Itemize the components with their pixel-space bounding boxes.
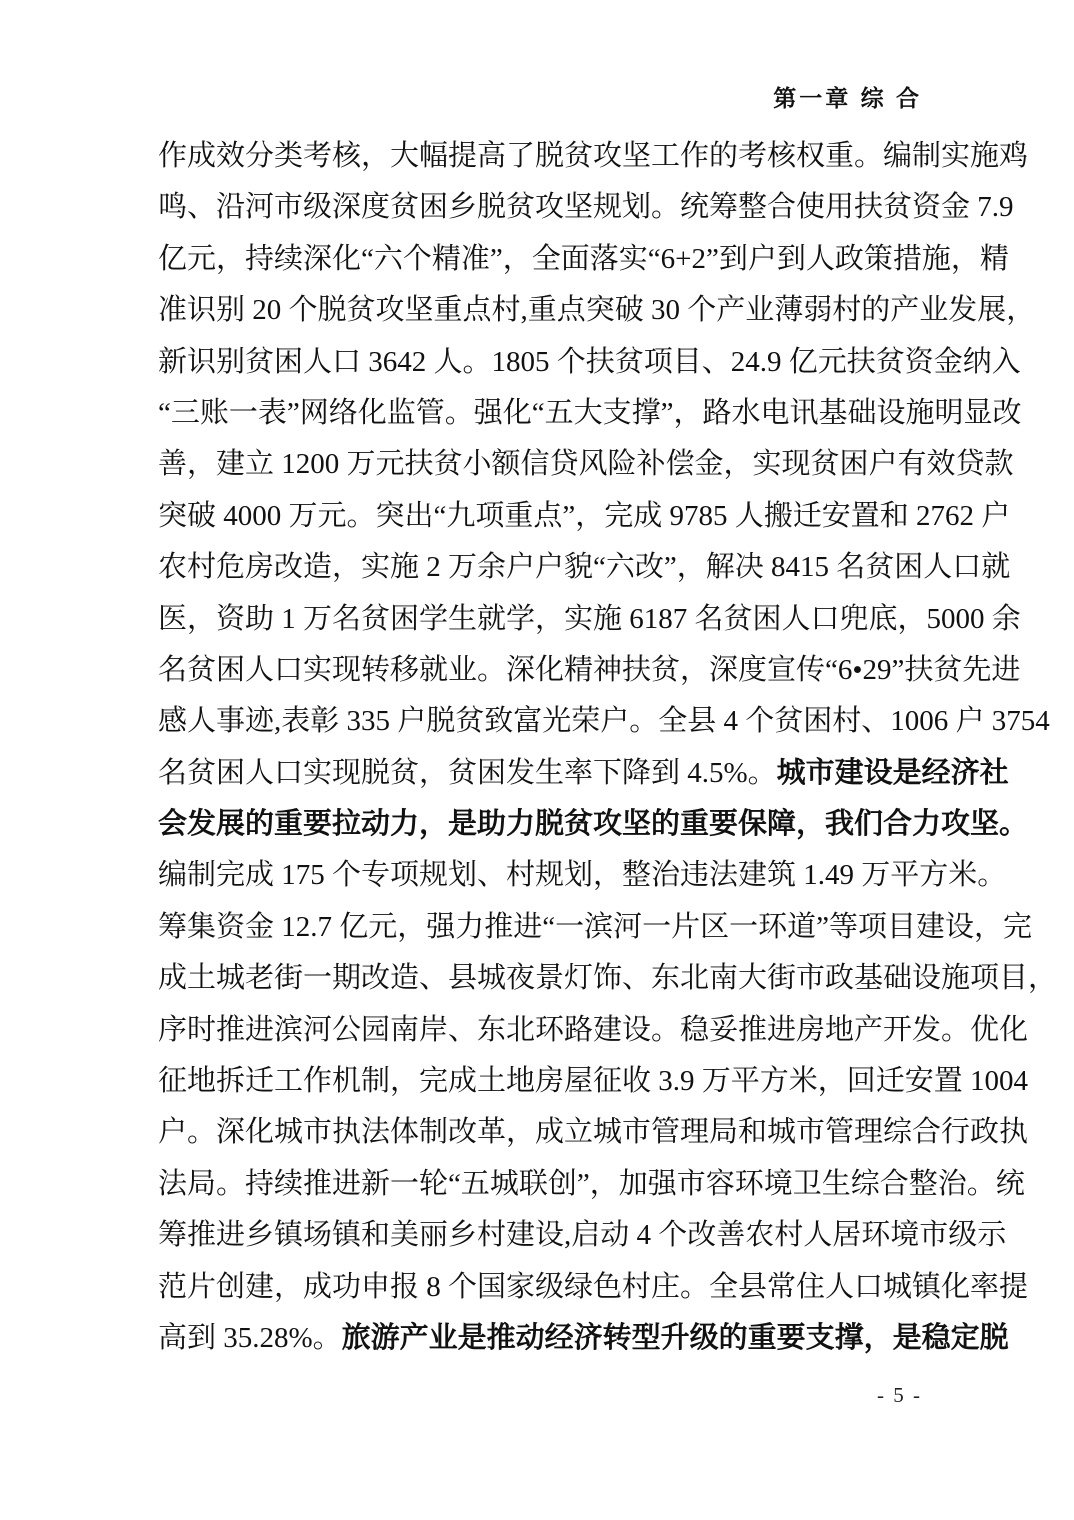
body-segment: 名贫困人口实现脱贫，贫困发生率下降到 4.5%。	[158, 757, 777, 789]
body-segment-bold: 会发展的重要拉动力，是助力脱贫攻坚的重要保障，我们合力攻坚。	[158, 808, 1028, 840]
body-line: 名贫困人口实现转移就业。深化精神扶贫，深度宣传“6•29”扶贫先进	[158, 645, 922, 696]
body-line: 突破 4000 万元。突出“九项重点”，完成 9785 人搬迁安置和 2762 …	[158, 491, 922, 542]
body-segment-bold: 旅游产业是推动经济转型升级的重要支撑，是稳定脱	[342, 1322, 1009, 1354]
body-segment: 编制完成 175 个专项规划、村规划，整治违法建筑 1.49 万平方米。	[158, 859, 1006, 891]
body-segment: 善，建立 1200 万元扶贫小额信贷风险补偿金，实现贫困户有效贷款	[158, 448, 1014, 480]
body-segment: 序时推进滨河公园南岸、东北环路建设。稳妥推进房地产开发。优化	[158, 1014, 1028, 1046]
body-segment: 筹推进乡镇场镇和美丽乡村建设,启动 4 个改善农村人居环境市级示	[158, 1219, 1006, 1251]
body-segment: 突破 4000 万元。突出“九项重点”，完成 9785 人搬迁安置和 2762 …	[158, 500, 1010, 532]
body-line: 会发展的重要拉动力，是助力脱贫攻坚的重要保障，我们合力攻坚。	[158, 799, 922, 850]
body-segment: 农村危房改造，实施 2 万余户户貌“六改”，解决 8415 名贫困人口就	[158, 551, 1010, 583]
body-line: 鸣、沿河市级深度贫困乡脱贫攻坚规划。统筹整合使用扶贫资金 7.9	[158, 182, 922, 233]
body-segment: 高到 35.28%。	[158, 1322, 342, 1354]
body-line: 户。深化城市执法体制改革，成立城市管理局和城市管理综合行政执	[158, 1107, 922, 1158]
body-line: 亿元，持续深化“六个精准”，全面落实“6+2”到户到人政策措施，精	[158, 234, 922, 285]
body-segment: 筹集资金 12.7 亿元，强力推进“一滨河一片区一环道”等项目建设，完	[158, 911, 1032, 943]
body-line: 成土城老街一期改造、县城夜景灯饰、东北南大街市政基础设施项目，	[158, 953, 922, 1004]
body-segment: 新识别贫困人口 3642 人。1805 个扶贫项目、24.9 亿元扶贫资金纳入	[158, 346, 1021, 378]
body-line: 范片创建，成功申报 8 个国家级绿色村庄。全县常住人口城镇化率提	[158, 1262, 922, 1313]
body-line: 征地拆迁工作机制，完成土地房屋征收 3.9 万平方米，回迁安置 1004	[158, 1056, 922, 1107]
body-segment: 成土城老街一期改造、县城夜景灯饰、东北南大街市政基础设施项目，	[158, 962, 1057, 994]
body-line: 准识别 20 个脱贫攻坚重点村,重点突破 30 个产业薄弱村的产业发展，	[158, 285, 922, 336]
body-line: 筹推进乡镇场镇和美丽乡村建设,启动 4 个改善农村人居环境市级示	[158, 1210, 922, 1261]
body-segment: 名贫困人口实现转移就业。深化精神扶贫，深度宣传“6•29”扶贫先进	[158, 654, 1020, 686]
body-segment: 感人事迹,表彰 335 户脱贫致富光荣户。全县 4 个贫困村、1006 户 37…	[158, 705, 1050, 737]
body-line: 感人事迹,表彰 335 户脱贫致富光荣户。全县 4 个贫困村、1006 户 37…	[158, 696, 922, 747]
body-segment: “三账一表”网络化监管。强化“五大支撑”，路水电讯基础设施明显改	[158, 397, 1022, 429]
body-segment: 范片创建，成功申报 8 个国家级绿色村庄。全县常住人口城镇化率提	[158, 1271, 1028, 1303]
body-segment-bold: 城市建设是经济社	[777, 757, 1009, 789]
body-line: 编制完成 175 个专项规划、村规划，整治违法建筑 1.49 万平方米。	[158, 850, 922, 901]
document-page: 第一章 综 合 作成效分类考核，大幅提高了脱贫攻坚工作的考核权重。编制实施鸡鸣、…	[0, 0, 1074, 1520]
body-line: 新识别贫困人口 3642 人。1805 个扶贫项目、24.9 亿元扶贫资金纳入	[158, 337, 922, 388]
body-text: 作成效分类考核，大幅提高了脱贫攻坚工作的考核权重。编制实施鸡鸣、沿河市级深度贫困…	[158, 131, 922, 1364]
page-number: - 5 -	[158, 1383, 922, 1408]
body-segment: 法局。持续推进新一轮“五城联创”，加强市容环境卫生综合整治。统	[158, 1168, 1025, 1200]
body-line: 农村危房改造，实施 2 万余户户貌“六改”，解决 8415 名贫困人口就	[158, 542, 922, 593]
body-segment: 户。深化城市执法体制改革，成立城市管理局和城市管理综合行政执	[158, 1116, 1028, 1148]
body-line: 名贫困人口实现脱贫，贫困发生率下降到 4.5%。城市建设是经济社	[158, 748, 922, 799]
body-line: 筹集资金 12.7 亿元，强力推进“一滨河一片区一环道”等项目建设，完	[158, 902, 922, 953]
body-line: “三账一表”网络化监管。强化“五大支撑”，路水电讯基础设施明显改	[158, 388, 922, 439]
body-segment: 亿元，持续深化“六个精准”，全面落实“6+2”到户到人政策措施，精	[158, 243, 1009, 275]
body-line: 医，资助 1 万名贫困学生就学，实施 6187 名贫困人口兜底，5000 余	[158, 594, 922, 645]
body-line: 作成效分类考核，大幅提高了脱贫攻坚工作的考核权重。编制实施鸡	[158, 131, 922, 182]
body-segment: 准识别 20 个脱贫攻坚重点村,重点突破 30 个产业薄弱村的产业发展，	[158, 294, 1035, 326]
body-segment: 鸣、沿河市级深度贫困乡脱贫攻坚规划。统筹整合使用扶贫资金 7.9	[158, 191, 1014, 223]
body-segment: 作成效分类考核，大幅提高了脱贫攻坚工作的考核权重。编制实施鸡	[158, 140, 1028, 172]
body-line: 善，建立 1200 万元扶贫小额信贷风险补偿金，实现贫困户有效贷款	[158, 439, 922, 490]
body-segment: 医，资助 1 万名贫困学生就学，实施 6187 名贫困人口兜底，5000 余	[158, 603, 1021, 635]
chapter-header: 第一章 综 合	[158, 80, 922, 113]
body-line: 法局。持续推进新一轮“五城联创”，加强市容环境卫生综合整治。统	[158, 1159, 922, 1210]
body-segment: 征地拆迁工作机制，完成土地房屋征收 3.9 万平方米，回迁安置 1004	[158, 1065, 1028, 1097]
body-line: 高到 35.28%。旅游产业是推动经济转型升级的重要支撑，是稳定脱	[158, 1313, 922, 1364]
body-line: 序时推进滨河公园南岸、东北环路建设。稳妥推进房地产开发。优化	[158, 1005, 922, 1056]
